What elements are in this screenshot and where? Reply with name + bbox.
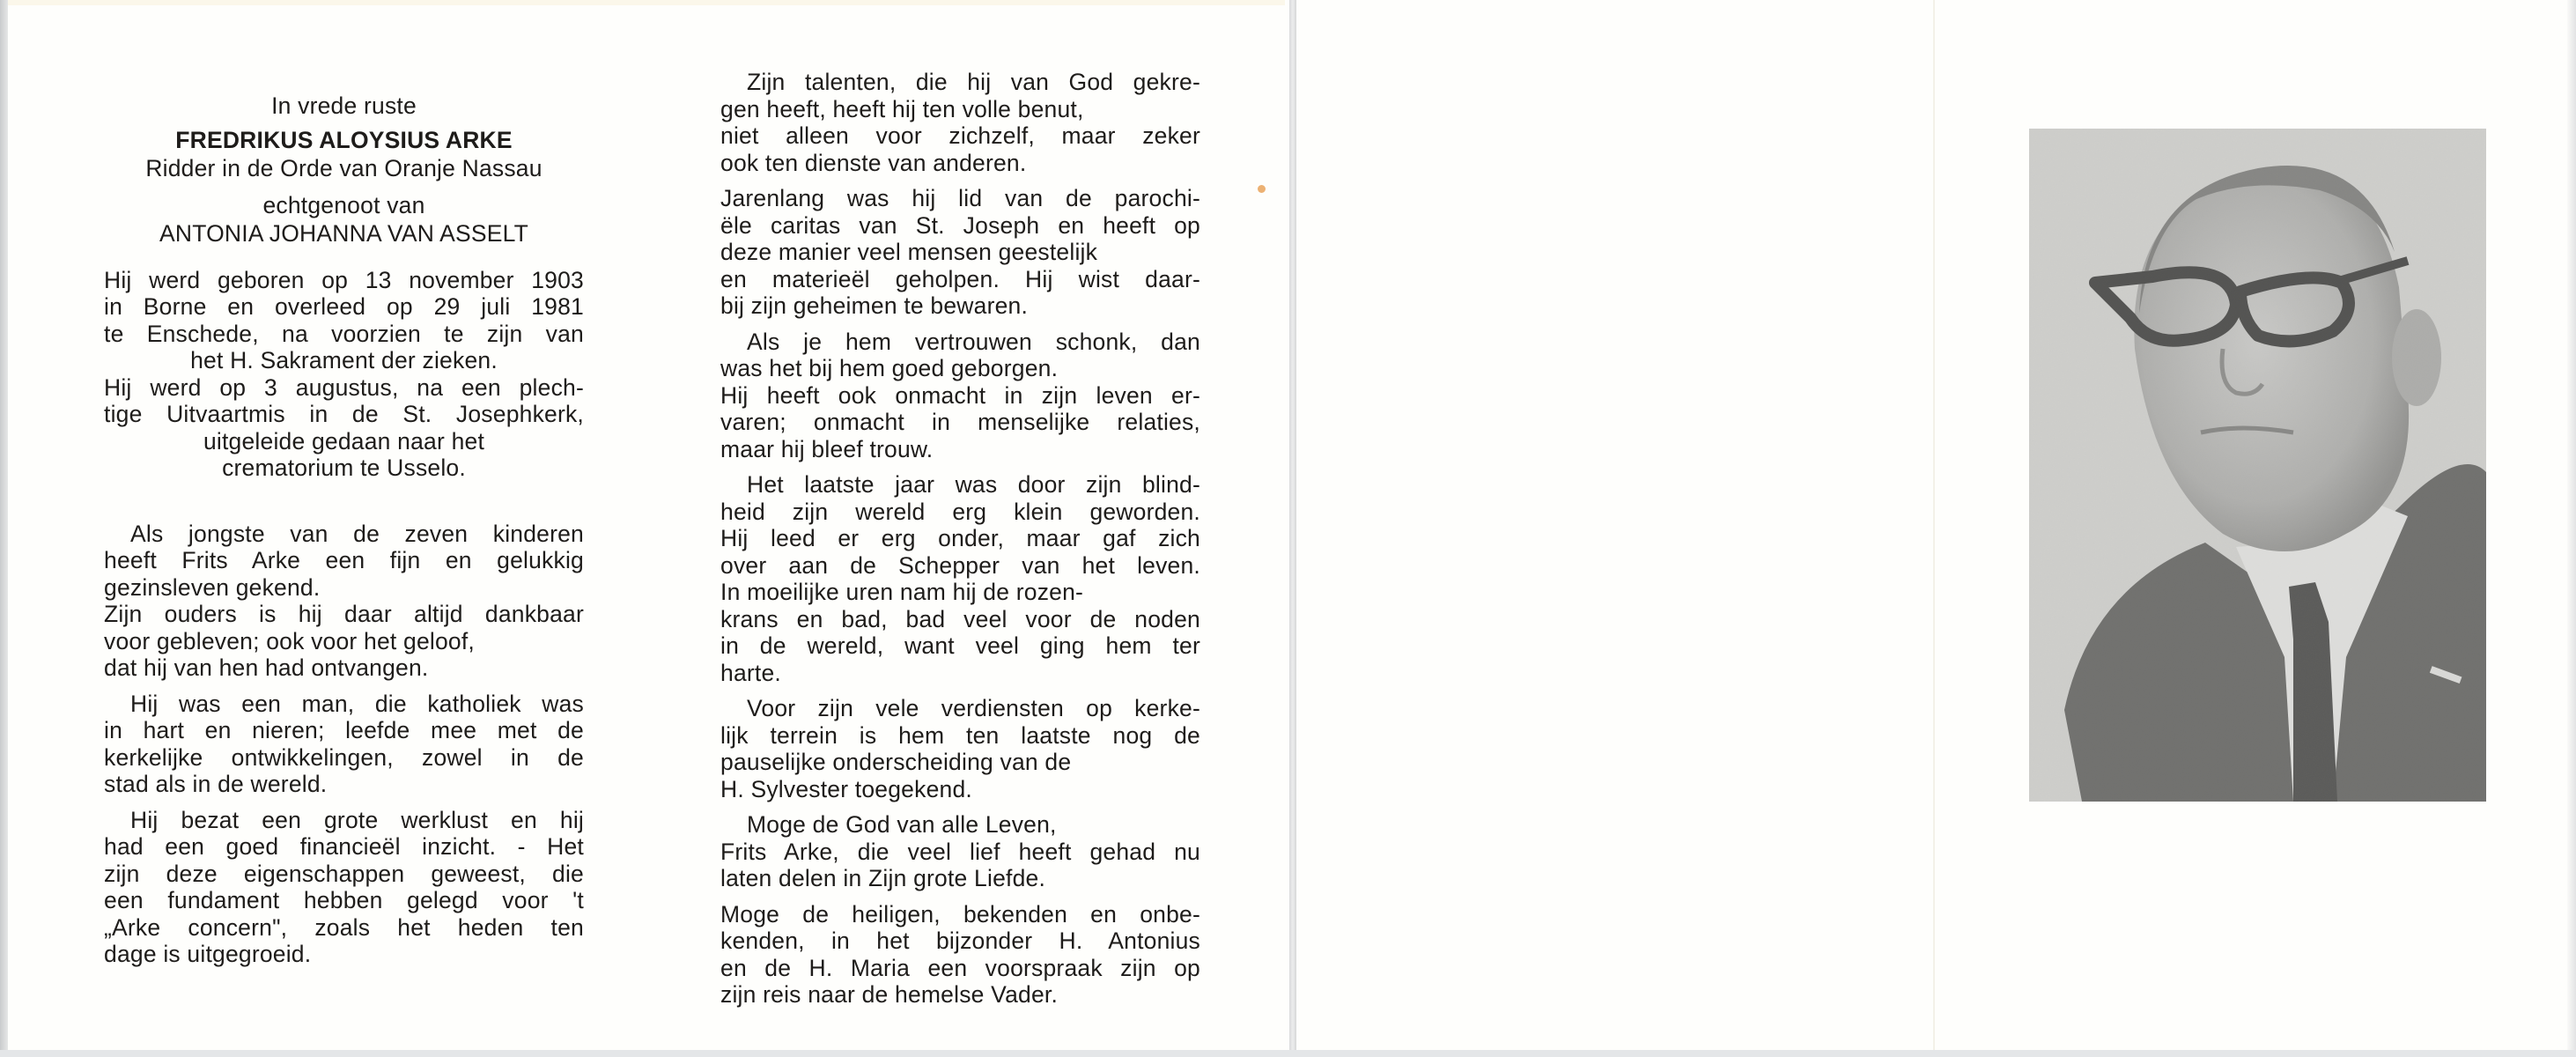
text-line: Hij werd op 3 augustus, na een plech-	[104, 374, 584, 402]
text-line: Hij heeft ook onmacht in zijn leven er-	[720, 382, 1200, 410]
text-line: lijk terrein is hem ten laatste nog de	[720, 722, 1200, 750]
text-line: heeft Frits Arke een fijn en gelukkig	[104, 547, 584, 574]
text-line: kerkelijke ontwikkelingen, zowel in de	[104, 744, 584, 772]
paragraph-last-year: Het laatste jaar was door zijn blind- he…	[720, 471, 1200, 686]
paper-stain	[1258, 185, 1266, 193]
text-line: uitgeleide gedaan naar het	[104, 428, 584, 455]
text-line: ële caritas van St. Joseph en heeft op	[720, 212, 1200, 240]
text-line: stad als in de wereld.	[104, 771, 584, 798]
bio-paragraph: Hij werd geboren op 13 november 1903 in …	[104, 267, 584, 482]
text-line: Hij was een man, die katholiek was	[104, 691, 584, 718]
text-line: Het laatste jaar was door zijn blind-	[720, 471, 1200, 499]
paragraph-prayer-saints: Moge de heiligen, bekenden en onbe- kend…	[720, 901, 1200, 1009]
text-line: laten delen in Zijn grote Liefde.	[720, 865, 1200, 892]
text-line: Zijn ouders is hij daar altijd dankbaar	[104, 601, 584, 628]
text-line: ook ten dienste van anderen.	[720, 150, 1200, 177]
text-line: Jarenlang was hij lid van de parochi-	[720, 185, 1200, 212]
paper-top-edge	[8, 0, 1285, 5]
text-line: „Arke concern", zoals het heden ten	[104, 914, 584, 942]
in-memoriam-line: In vrede ruste	[104, 92, 584, 120]
text-line: pauselijke onderscheiding van de	[720, 749, 1200, 776]
text-line: heid zijn wereld erg klein geworden.	[720, 499, 1200, 526]
card-fold-faint	[1933, 0, 1935, 1050]
card-left-edge	[0, 0, 8, 1057]
text-line: Hij bezat een grote werklust en hij	[104, 807, 584, 834]
text-line: Voor zijn vele verdiensten op kerke-	[720, 695, 1200, 722]
paragraph-trust: Als je hem vertrouwen schonk, dan was he…	[720, 329, 1200, 463]
card-fold	[1289, 0, 1296, 1050]
text-line: voor gebleven; ook voor het geloof,	[104, 628, 584, 655]
text-line: en de H. Maria een voorspraak zijn op	[720, 955, 1200, 982]
text-line: in hart en nieren; leefde mee met de	[104, 717, 584, 744]
text-line: tige Uitvaartmis in de St. Josephkerk,	[104, 401, 584, 428]
text-line: niet alleen voor zichzelf, maar zeker	[720, 122, 1200, 150]
paragraph-childhood: Als jongste van de zeven kinderen heeft …	[104, 521, 584, 682]
text-line: gezinsleven gekend.	[104, 574, 584, 602]
text-line: In moeilijke uren nam hij de rozen-	[720, 579, 1200, 606]
text-line: maar hij bleef trouw.	[720, 436, 1200, 463]
paragraph-work: Hij bezat een grote werklust en hij had …	[104, 807, 584, 968]
paragraph-talents: Zijn talenten, die hij van God gekre- ge…	[720, 69, 1200, 176]
text-line: kenden, in het bijzonder H. Antonius	[720, 928, 1200, 955]
card-right-edge	[2567, 0, 2576, 1057]
spouse-name: ANTONIA JOHANNA VAN ASSELT	[104, 220, 584, 248]
text-line: deze manier veel mensen geestelijk	[720, 239, 1200, 266]
text-line: crematorium te Usselo.	[104, 455, 584, 482]
text-line: harte.	[720, 660, 1200, 687]
text-line: over aan de Schepper van het leven.	[720, 552, 1200, 580]
text-line: in de wereld, want veel ging hem ter	[720, 632, 1200, 660]
text-line: Moge de God van alle Leven,	[720, 811, 1200, 839]
text-line: Hij leed er erg onder, maar gaf zich	[720, 525, 1200, 552]
text-line: H. Sylvester toegekend.	[720, 776, 1200, 803]
text-line: zijn deze eigenschappen geweest, die	[104, 861, 584, 888]
text-line: Zijn talenten, die hij van God gekre-	[720, 69, 1200, 96]
text-line: Frits Arke, die veel lief heeft gehad nu	[720, 839, 1200, 866]
text-line: krans en bad, bad veel voor de noden	[720, 606, 1200, 633]
text-line: een fundament hebben gelegd voor 't	[104, 887, 584, 914]
memorial-header: In vrede ruste FREDRIKUS ALOYSIUS ARKE R…	[104, 92, 584, 248]
text-line: Als jongste van de zeven kinderen	[104, 521, 584, 548]
paragraph-prayer-god: Moge de God van alle Leven, Frits Arke, …	[720, 811, 1200, 892]
text-column-right: Zijn talenten, die hij van God gekre- ge…	[720, 69, 1200, 1017]
honor-title: Ridder in de Orde van Oranje Nassau	[104, 155, 584, 182]
spouse-label: echtgenoot van	[104, 192, 584, 219]
paragraph-faith: Hij was een man, die katholiek was in ha…	[104, 691, 584, 798]
text-line: in Borne en overleed op 29 juli 1981	[104, 293, 584, 321]
text-line: gen heeft, heeft hij ten volle benut,	[720, 96, 1200, 123]
text-column-left: In vrede ruste FREDRIKUS ALOYSIUS ARKE R…	[104, 92, 584, 977]
deceased-name: FREDRIKUS ALOYSIUS ARKE	[104, 127, 584, 154]
text-line: te Enschede, na voorzien te zijn van	[104, 321, 584, 348]
text-line: Als je hem vertrouwen schonk, dan	[720, 329, 1200, 356]
text-line: het H. Sakrament der zieken.	[104, 347, 584, 374]
paragraph-charity: Jarenlang was hij lid van de parochi- ël…	[720, 185, 1200, 320]
text-line: dat hij van hen had ontvangen.	[104, 654, 584, 682]
text-line: zijn reis naar de hemelse Vader.	[720, 981, 1200, 1009]
text-line: Moge de heiligen, bekenden en onbe-	[720, 901, 1200, 928]
text-line: was het bij hem goed geborgen.	[720, 355, 1200, 382]
paragraph-honors: Voor zijn vele verdiensten op kerke- lij…	[720, 695, 1200, 802]
text-line: dage is uitgegroeid.	[104, 941, 584, 968]
scan-bottom-edge	[0, 1050, 2576, 1057]
text-line: Hij werd geboren op 13 november 1903	[104, 267, 584, 294]
text-line: had een goed financieël inzicht. - Het	[104, 833, 584, 861]
text-line: en materieël geholpen. Hij wist daar-	[720, 266, 1200, 293]
text-line: varen; onmacht in menselijke relaties,	[720, 409, 1200, 436]
portrait-photo	[2029, 129, 2486, 802]
text-line: bij zijn geheimen te bewaren.	[720, 292, 1200, 320]
